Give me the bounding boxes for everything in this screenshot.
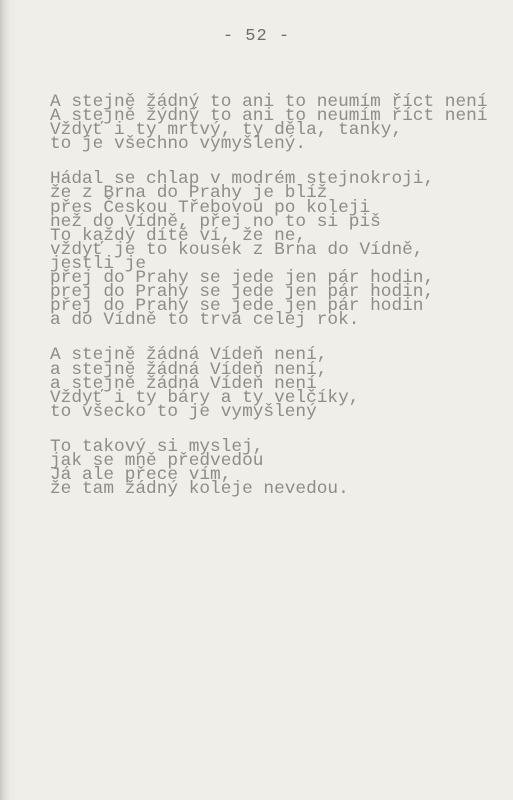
page-number: - 52 -: [0, 27, 513, 46]
stanza: Hádal se chlap v modrém stejnokroji,že z…: [50, 172, 488, 327]
poem-line: to je všechno vymyšlený.: [50, 137, 488, 151]
poem-line: že tam žádný koleje nevedou.: [50, 482, 488, 496]
poem-text: A stejně žádný to ani to neumím říct nen…: [50, 95, 488, 517]
stanza: A stejně žádná Vídeň není,a stejně žádná…: [50, 348, 488, 418]
stanza: A stejně žádný to ani to neumím říct nen…: [50, 95, 488, 151]
poem-line: to všecko to je vymyšlený: [50, 405, 488, 419]
typewritten-page: - 52 - A stejně žádný to ani to neumím ř…: [0, 0, 513, 800]
stanza: To takový si myslej,jak se mně předvedou…: [50, 440, 488, 496]
